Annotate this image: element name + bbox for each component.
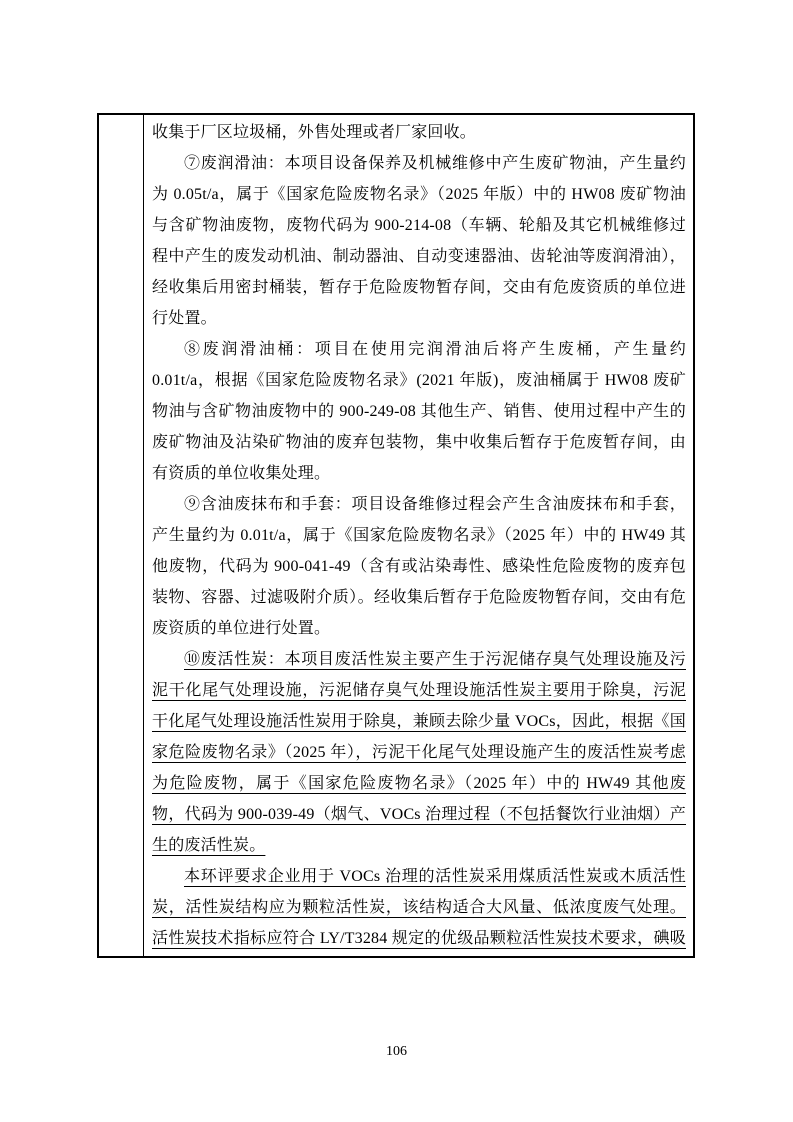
paragraph: 收集于厂区垃圾桶，外售处理或者厂家回收。 bbox=[152, 117, 686, 148]
paragraph: ⑨含油废抹布和手套：项目设备维修过程会产生含油废抹布和手套，产生量约为 0.01… bbox=[152, 489, 686, 644]
document-page: 收集于厂区垃圾桶，外售处理或者厂家回收。⑦废润滑油：本项目设备保养及机械维修中产… bbox=[0, 0, 793, 1122]
table-label-cell bbox=[99, 115, 144, 956]
content-table: 收集于厂区垃圾桶，外售处理或者厂家回收。⑦废润滑油：本项目设备保养及机械维修中产… bbox=[97, 113, 695, 958]
paragraph: ⑦废润滑油：本项目设备保养及机械维修中产生废矿物油，产生量约为 0.05t/a，… bbox=[152, 148, 686, 334]
table-content-cell: 收集于厂区垃圾桶，外售处理或者厂家回收。⑦废润滑油：本项目设备保养及机械维修中产… bbox=[144, 115, 693, 956]
paragraph: 本环评要求企业用于 VOCs 治理的活性炭采用煤质活性炭或木质活性炭，活性炭结构… bbox=[152, 861, 686, 956]
page-number: 106 bbox=[0, 1044, 793, 1060]
paragraph: ⑧废润滑油桶：项目在使用完润滑油后将产生废桶，产生量约 0.01t/a，根据《国… bbox=[152, 334, 686, 489]
paragraph: ⑩废活性炭：本项目废活性炭主要产生于污泥储存臭气处理设施及污泥干化尾气处理设施，… bbox=[152, 644, 686, 861]
